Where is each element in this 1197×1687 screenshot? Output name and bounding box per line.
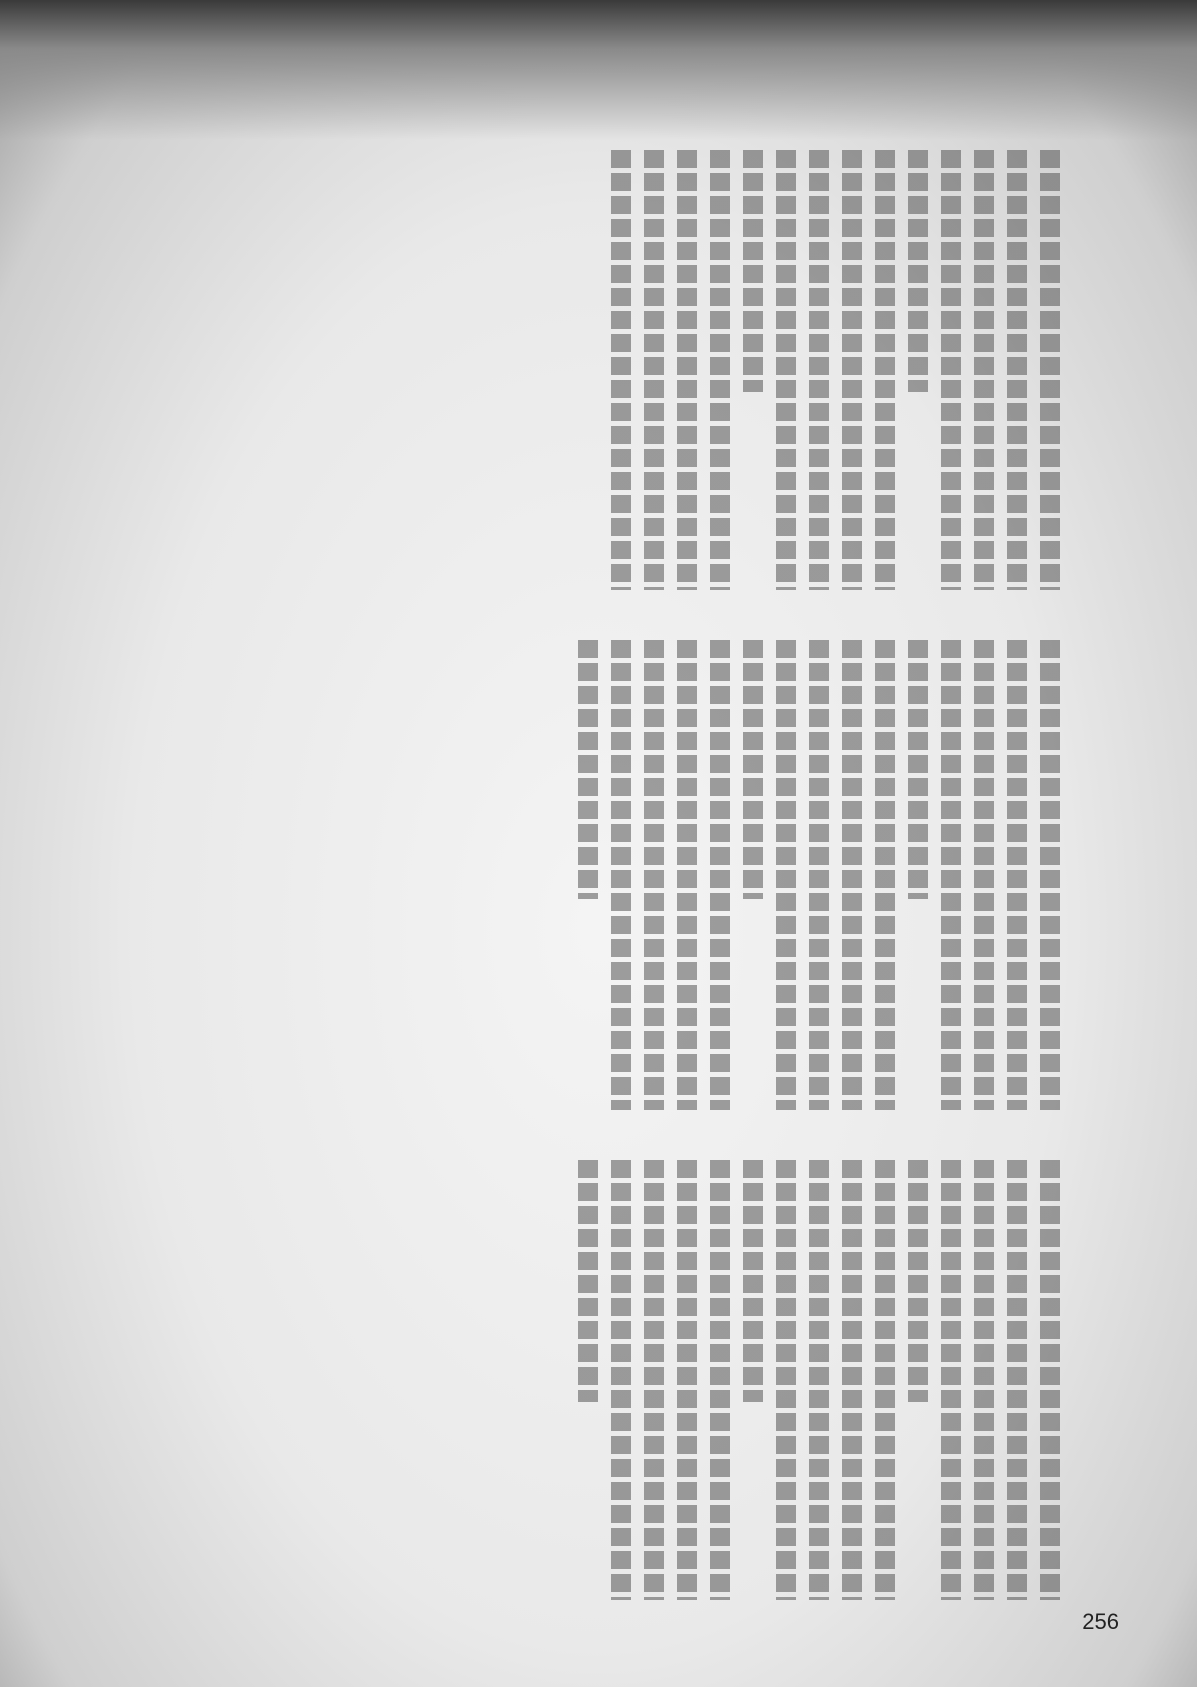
text-column: [842, 1160, 862, 1600]
text-column: [710, 640, 730, 1110]
text-column: [941, 640, 961, 1110]
text-column: [743, 640, 763, 899]
text-block-top: [150, 150, 1060, 590]
text-column: [809, 150, 829, 590]
text-column: [809, 1160, 829, 1600]
text-column: [677, 640, 697, 1110]
text-column: [908, 640, 928, 899]
text-column: [677, 1160, 697, 1600]
text-column: [710, 150, 730, 590]
text-column: [875, 640, 895, 1110]
text-column: [974, 150, 994, 590]
text-column: [644, 150, 664, 590]
text-column: [776, 1160, 796, 1600]
text-column: [908, 1160, 928, 1402]
text-column: [974, 640, 994, 1110]
text-column: [1040, 150, 1060, 590]
text-column: [578, 640, 598, 899]
text-block-middle: [150, 640, 1060, 1110]
text-column: [611, 640, 631, 1110]
text-column: [974, 1160, 994, 1600]
text-column: [710, 1160, 730, 1600]
text-column: [611, 150, 631, 590]
text-block-bottom: [150, 1160, 1060, 1600]
text-column: [1007, 150, 1027, 590]
text-column: [809, 640, 829, 1110]
scan-shadow: [0, 0, 1197, 140]
text-column: [578, 1160, 598, 1402]
text-column: [842, 640, 862, 1110]
text-column: [875, 150, 895, 590]
text-column: [1040, 640, 1060, 1110]
text-column: [1007, 1160, 1027, 1600]
text-column: [611, 1160, 631, 1600]
text-column: [743, 1160, 763, 1402]
text-column: [776, 150, 796, 590]
text-column: [644, 640, 664, 1110]
text-column: [743, 150, 763, 392]
text-column: [842, 150, 862, 590]
text-column: [941, 1160, 961, 1600]
text-column: [644, 1160, 664, 1600]
text-column: [908, 150, 928, 392]
page-number: 256: [1082, 1609, 1119, 1635]
text-column: [677, 150, 697, 590]
text-column: [941, 150, 961, 590]
text-column: [776, 640, 796, 1110]
text-column: [1007, 640, 1027, 1110]
text-column: [1040, 1160, 1060, 1600]
text-column: [875, 1160, 895, 1600]
